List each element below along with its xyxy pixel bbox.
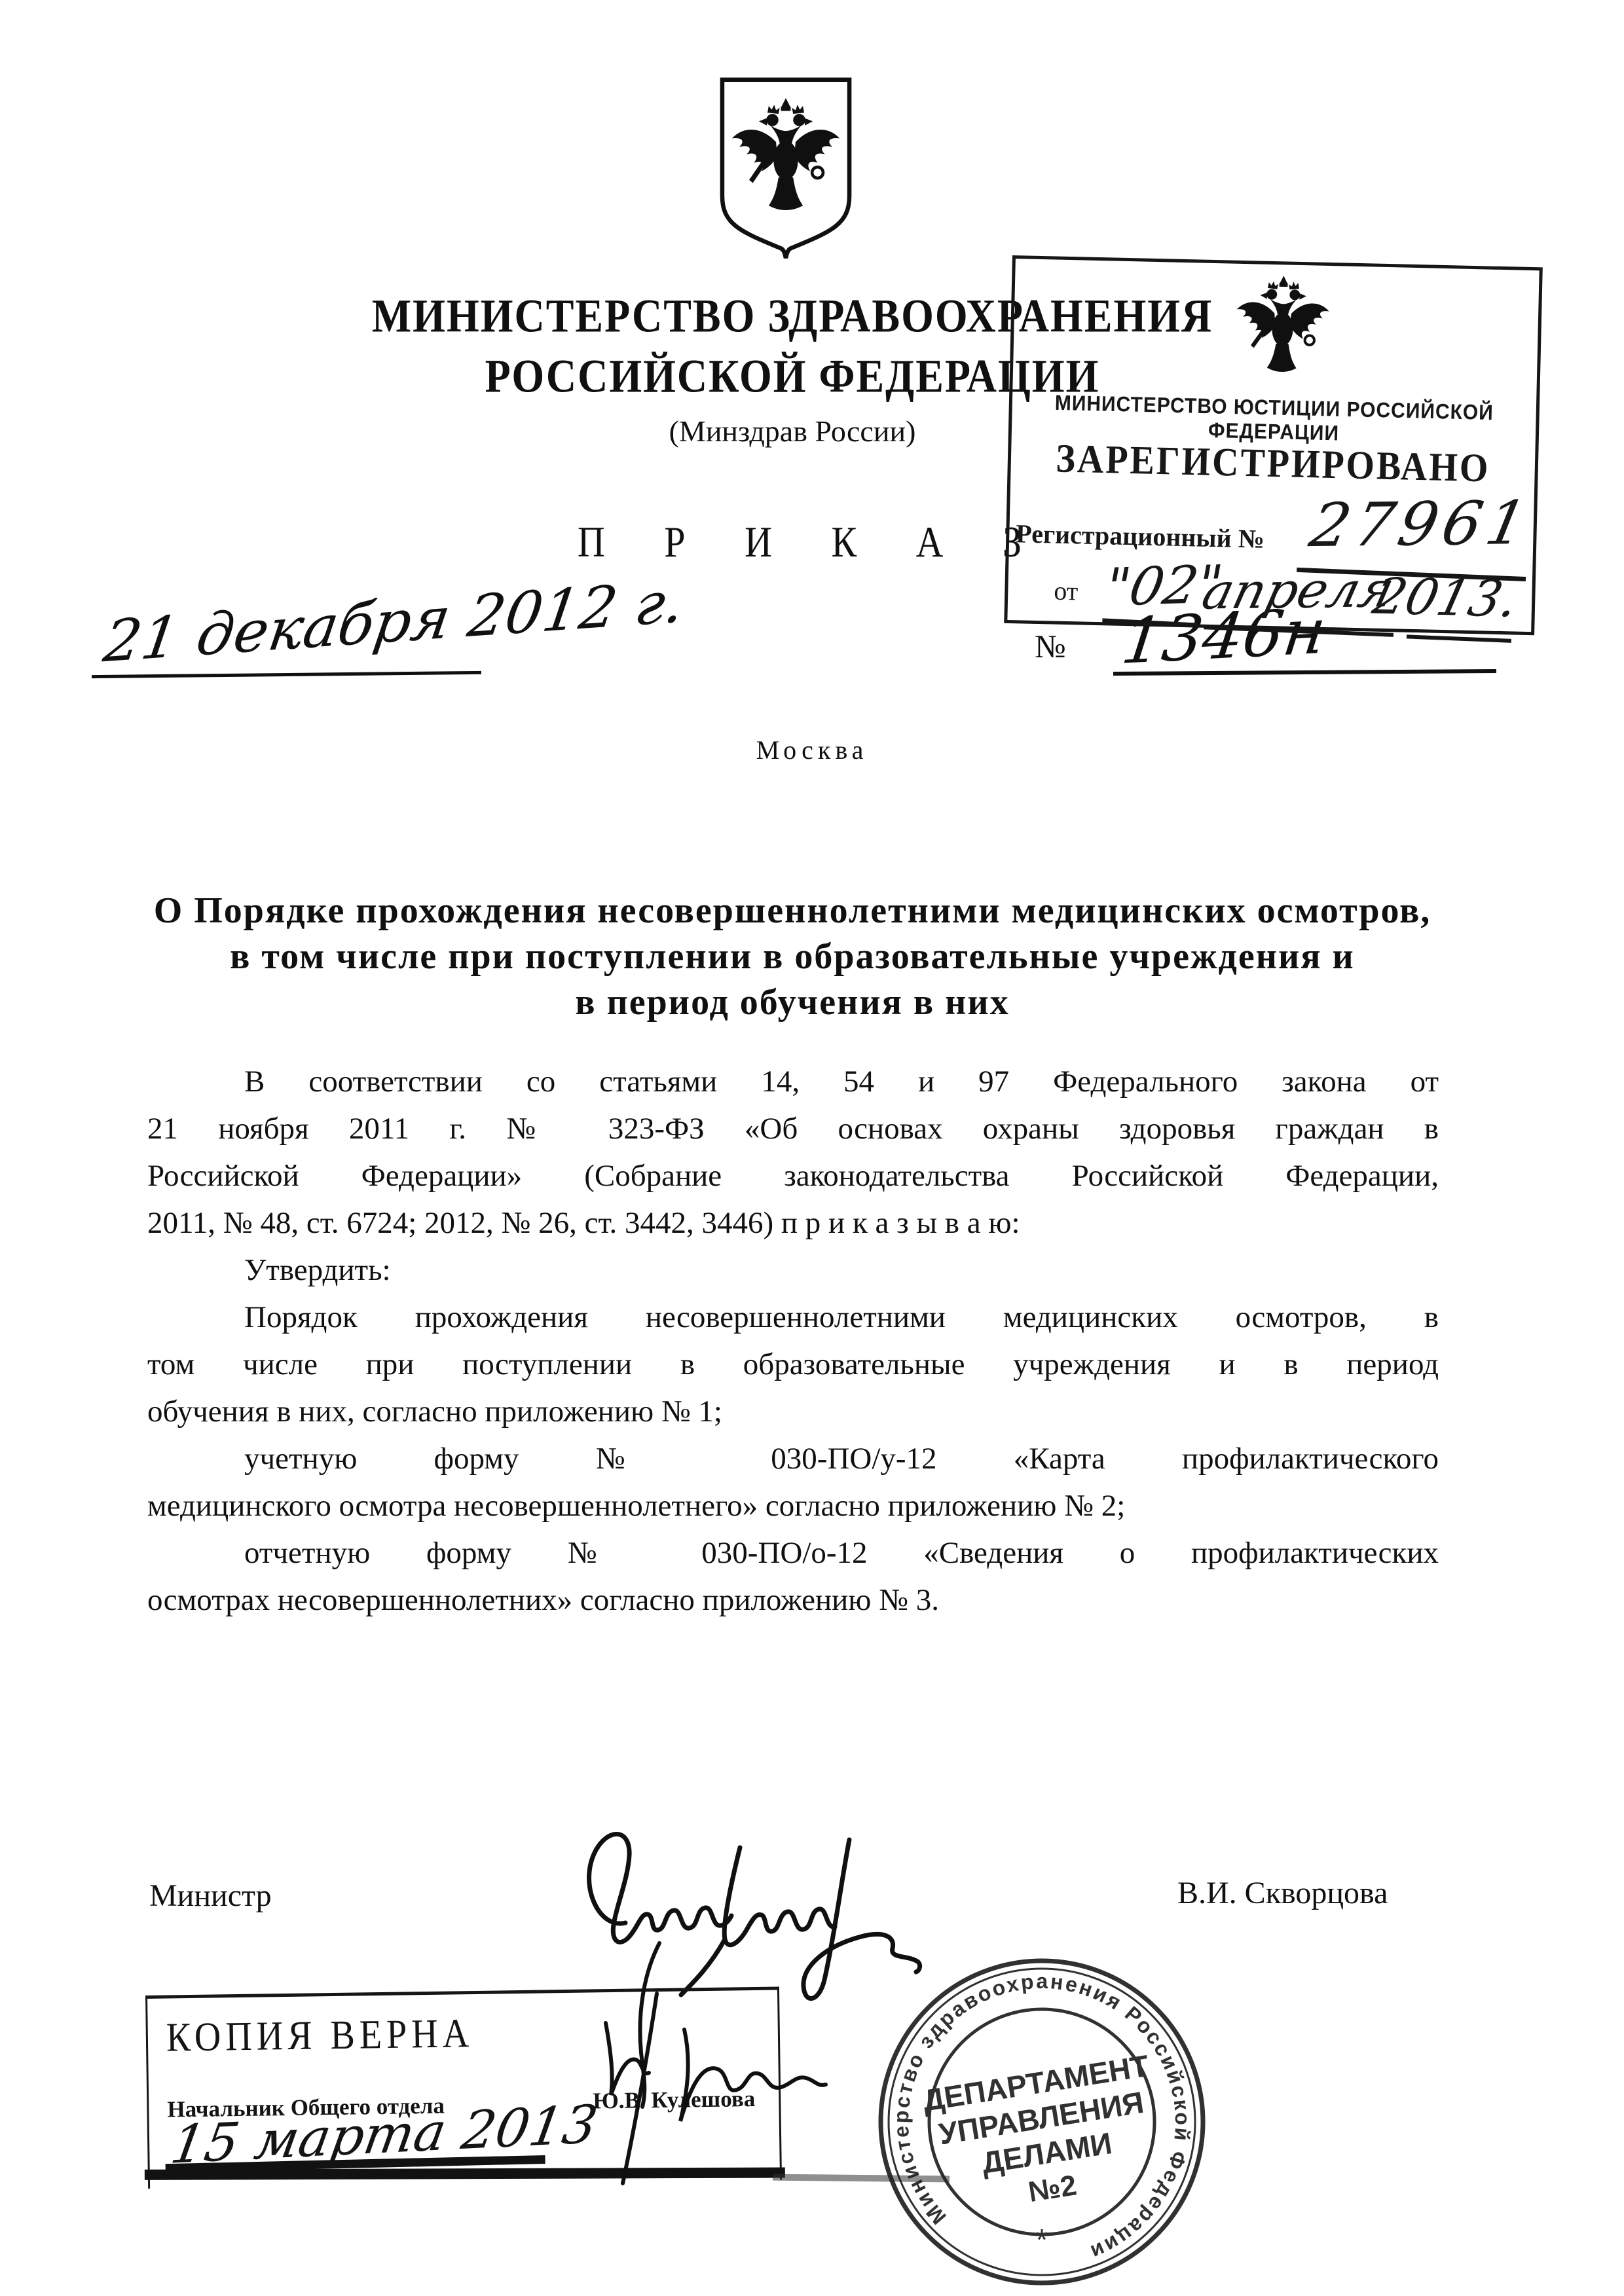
signer-position-label: Министр	[149, 1878, 272, 1914]
handwritten-registration-number: 27961	[1304, 488, 1538, 560]
body-line: отчетную форму № 030-ПО/о-12 «Сведения о…	[147, 1529, 1439, 1576]
body-line: 2011, № 48, ст. 6724; 2012, № 26, ст. 34…	[147, 1199, 1439, 1247]
order-title-line2: в том числе при поступлении в образовате…	[138, 934, 1447, 979]
handwritten-registration-month: апреля	[1197, 560, 1400, 621]
certifier-signature	[488, 1931, 913, 2193]
copy-verified-label: КОПИЯ ВЕРНА	[166, 2010, 473, 2061]
signer-name: В.И. Скворцова	[1177, 1875, 1388, 1911]
order-body: В соответствии со статьями 14, 54 и 97 Ф…	[147, 1058, 1439, 1624]
body-line: Российской Федерации» (Собрание законода…	[147, 1152, 1439, 1199]
handwritten-order-date: 21 декабря 2012 г.	[100, 568, 688, 676]
order-number-sign: №	[1035, 627, 1066, 665]
order-title-line1: О Порядке прохождения несовершеннолетним…	[138, 888, 1447, 934]
registration-number-label: Регистрационный №	[1016, 518, 1265, 555]
body-line: учетную форму № 030-ПО/у-12 «Карта профи…	[147, 1435, 1439, 1482]
body-line: обучения в них, согласно приложению № 1;	[147, 1388, 1439, 1435]
handwritten-registration-year: 2013.	[1368, 567, 1524, 628]
body-line: Утвердить:	[147, 1247, 1439, 1294]
justice-eagle-icon	[1229, 272, 1337, 387]
registration-date-prefix: от	[1054, 575, 1079, 607]
round-stamp-star: *	[1036, 2223, 1048, 2257]
order-title: О Порядке прохождения несовершеннолетним…	[138, 888, 1447, 1025]
date-underline	[92, 671, 481, 678]
body-line: том числе при поступлении в образователь…	[147, 1341, 1439, 1388]
city-label: Москва	[0, 735, 1624, 765]
body-line: В соответствии со статьями 14, 54 и 97 Ф…	[147, 1058, 1439, 1105]
justice-registration-stamp: МИНИСТЕРСТВО ЮСТИЦИИ РОССИЙСКОЙ ФЕДЕРАЦИ…	[1004, 255, 1543, 635]
registration-day-underline	[1102, 618, 1197, 627]
registration-year-underline	[1407, 634, 1511, 642]
body-line: 21 ноября 2011 г. № 323-ФЗ «Об основах о…	[147, 1105, 1439, 1152]
document-page: МИНИСТЕРСТВО ЗДРАВООХРАНЕНИЯ РОССИЙСКОЙ …	[0, 0, 1624, 2296]
round-department-stamp: Министерство здравоохранения Российской …	[874, 1954, 1209, 2289]
order-title-line3: в период обучения в них	[138, 979, 1447, 1025]
body-line: осмотрах несовершеннолетних» согласно пр…	[147, 1576, 1439, 1624]
coat-of-arms-icon	[712, 73, 859, 264]
body-line: Порядок прохождения несовершеннолетними …	[147, 1294, 1439, 1341]
body-line: медицинского осмотра несовершеннолетнего…	[147, 1482, 1439, 1529]
round-stamp-line4: №2	[1026, 2169, 1079, 2208]
